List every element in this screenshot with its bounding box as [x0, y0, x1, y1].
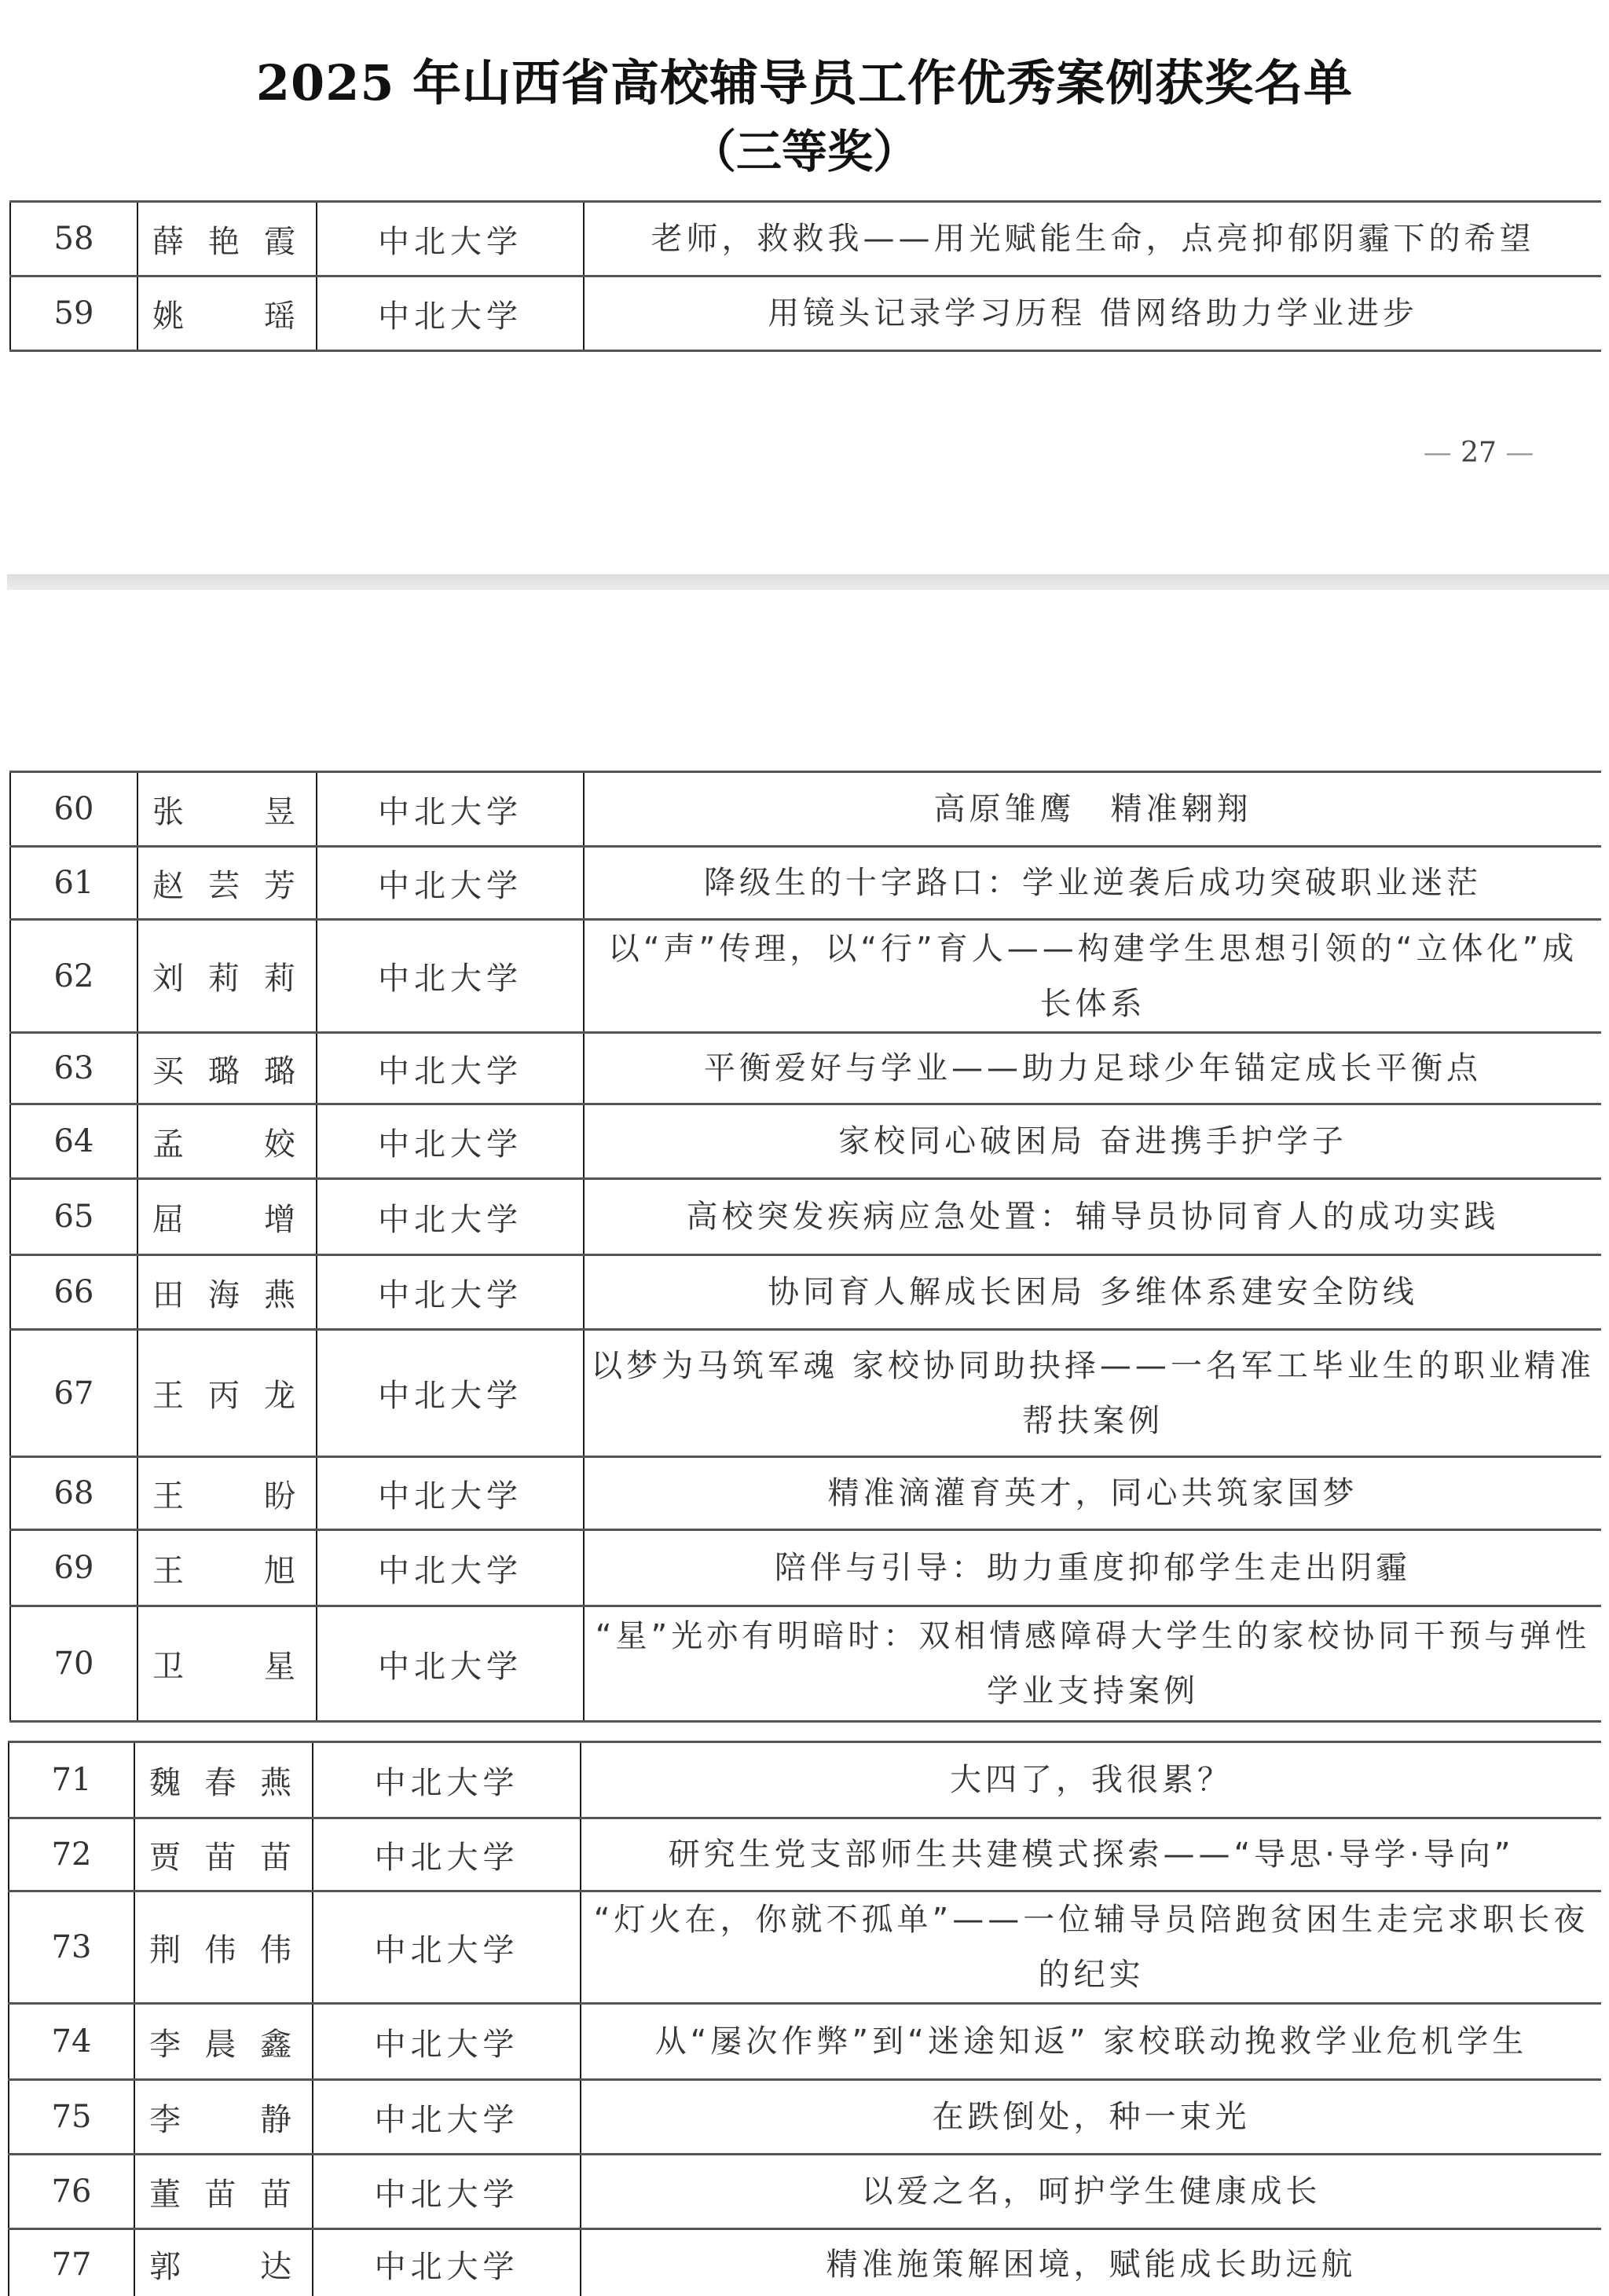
counselor-name: 田海燕: [137, 1255, 317, 1330]
name-character: 田: [152, 1270, 193, 1315]
counselor-name: 李晨鑫: [134, 2004, 313, 2080]
counselor-name: 买璐璐: [137, 1033, 317, 1104]
table-row: 74李晨鑫中北大学从“屡次作弊”到“迷途知返” 家校联动挽救学业危机学生: [9, 2004, 1601, 2080]
row-number: 75: [9, 2080, 134, 2155]
name-character: 增: [264, 1195, 305, 1240]
name-character: 买: [152, 1046, 193, 1091]
table-row: 62刘莉莉中北大学以“声”传理，以“行”育人——构建学生思想引领的“立体化”成长…: [10, 920, 1601, 1033]
table-row: 65屈增中北大学高校突发疾病应急处置：辅导员协同育人的成功实践: [10, 1179, 1601, 1255]
counselor-name: 屈增: [137, 1179, 317, 1255]
table-row: 69王旭中北大学陪伴与引导：助力重度抑郁学生走出阴霾: [10, 1530, 1601, 1606]
case-title: 用镜头记录学习历程 借网络助力学业进步: [584, 276, 1601, 351]
name-character: 张: [152, 787, 193, 832]
counselor-name: 薛艳霞: [137, 202, 317, 276]
row-number: 64: [10, 1104, 137, 1179]
row-number: 76: [9, 2155, 134, 2229]
name-character: 孟: [152, 1119, 193, 1164]
name-character: 贾: [149, 1833, 190, 1877]
counselor-name: 姚瑶: [137, 276, 317, 351]
counselor-name: 王丙龙: [137, 1330, 317, 1457]
case-title: “灯火在，你就不孤单”——一位辅导员陪跑贫困生走完求职长夜的纪实: [581, 1891, 1601, 2004]
awards-table-page-28b: 71魏春燕中北大学大四了，我很累？72贾苗苗中北大学研究生党支部师生共建模式探索…: [8, 1741, 1601, 2296]
name-character: 旭: [264, 1546, 305, 1591]
name-character: 瑶: [264, 291, 305, 336]
page-number-value: 27: [1461, 437, 1497, 469]
name-character: 昱: [264, 787, 305, 832]
counselor-name: 贾苗苗: [134, 1818, 313, 1891]
table-row: 66田海燕中北大学协同育人解成长困局 多维体系建安全防线: [10, 1255, 1601, 1330]
case-title: 研究生党支部师生共建模式探索——“导思·导学·导向”: [581, 1818, 1601, 1891]
university-name: 中北大学: [317, 1033, 584, 1104]
name-character: 龙: [264, 1371, 305, 1415]
counselor-name: 孟姣: [137, 1104, 317, 1179]
name-character: 燕: [264, 1270, 305, 1315]
table-row: 75李静中北大学在跌倒处，种一束光: [9, 2080, 1601, 2155]
name-character: 星: [264, 1642, 305, 1686]
counselor-name: 王盼: [137, 1457, 317, 1530]
award-level-subtitle: （三等奖）: [0, 124, 1609, 179]
name-character: 伟: [260, 1925, 301, 1970]
name-character: 刘: [152, 954, 193, 998]
counselor-name: 李静: [134, 2080, 313, 2155]
case-title: 陪伴与引导：助力重度抑郁学生走出阴霾: [584, 1530, 1601, 1606]
row-number: 66: [10, 1255, 137, 1330]
name-character: 莉: [264, 954, 305, 998]
awards-table-page-28a: 60张昱中北大学高原雏鹰 精准翱翔61赵芸芳中北大学降级生的十字路口：学业逆袭后…: [9, 771, 1601, 1723]
name-character: 达: [260, 2242, 301, 2287]
name-character: 李: [149, 2020, 190, 2064]
table-row: 73荆伟伟中北大学“灯火在，你就不孤单”——一位辅导员陪跑贫困生走完求职长夜的纪…: [9, 1891, 1601, 2004]
name-character: 鑫: [260, 2020, 301, 2064]
case-title: 降级生的十字路口：学业逆袭后成功突破职业迷茫: [584, 847, 1601, 920]
university-name: 中北大学: [317, 772, 584, 847]
counselor-name: 董苗苗: [134, 2155, 313, 2229]
name-character: 苗: [205, 1833, 246, 1877]
table-row: 68王盼中北大学精准滴灌育英才，同心共筑家国梦: [10, 1457, 1601, 1530]
name-character: 璐: [208, 1046, 249, 1091]
university-name: 中北大学: [313, 1891, 581, 2004]
page-number-dash-left: —: [1424, 437, 1452, 469]
name-character: 霞: [264, 217, 305, 262]
case-title: 大四了，我很累？: [581, 1742, 1601, 1818]
name-character: 魏: [149, 1758, 190, 1803]
name-character: 郭: [149, 2242, 190, 2287]
page-number-dash-right: —: [1505, 437, 1534, 469]
name-character: 屈: [152, 1195, 193, 1240]
table-row: 59姚瑶中北大学用镜头记录学习历程 借网络助力学业进步: [10, 276, 1601, 351]
university-name: 中北大学: [317, 1606, 584, 1722]
name-character: 卫: [152, 1642, 193, 1686]
university-name: 中北大学: [317, 1457, 584, 1530]
row-number: 61: [10, 847, 137, 920]
name-character: 姣: [264, 1119, 305, 1164]
page-separator: [7, 574, 1609, 590]
name-character: 静: [260, 2095, 301, 2140]
university-name: 中北大学: [313, 1742, 581, 1818]
table-row: 67王丙龙中北大学以梦为马筑军魂 家校协同助抉择——一名军工毕业生的职业精准帮扶…: [10, 1330, 1601, 1457]
name-character: 赵: [152, 861, 193, 906]
row-number: 72: [9, 1818, 134, 1891]
university-name: 中北大学: [313, 2004, 581, 2080]
page-number: — 27 —: [1412, 437, 1545, 469]
row-number: 65: [10, 1179, 137, 1255]
row-number: 58: [10, 202, 137, 276]
name-character: 海: [208, 1270, 249, 1315]
name-character: 薛: [152, 217, 193, 262]
case-title: 从“屡次作弊”到“迷途知返” 家校联动挽救学业危机学生: [581, 2004, 1601, 2080]
row-number: 60: [10, 772, 137, 847]
name-character: 姚: [152, 291, 193, 336]
table-row: 60张昱中北大学高原雏鹰 精准翱翔: [10, 772, 1601, 847]
name-character: 苗: [205, 2170, 246, 2214]
counselor-name: 卫星: [137, 1606, 317, 1722]
university-name: 中北大学: [313, 1818, 581, 1891]
name-character: 伟: [205, 1925, 246, 1970]
name-character: 艳: [208, 217, 249, 262]
table-row: 71魏春燕中北大学大四了，我很累？: [9, 1742, 1601, 1818]
name-character: 王: [152, 1371, 193, 1415]
table-row: 77郭达中北大学精准施策解困境，赋能成长助远航: [9, 2229, 1601, 2296]
row-number: 70: [10, 1606, 137, 1722]
case-title: 精准滴灌育英才，同心共筑家国梦: [584, 1457, 1601, 1530]
counselor-name: 王旭: [137, 1530, 317, 1606]
case-title: 高校突发疾病应急处置：辅导员协同育人的成功实践: [584, 1179, 1601, 1255]
table-row: 70卫星中北大学“星”光亦有明暗时：双相情感障碍大学生的家校协同干预与弹性学业支…: [10, 1606, 1601, 1722]
name-character: 芸: [208, 861, 249, 906]
counselor-name: 张昱: [137, 772, 317, 847]
university-name: 中北大学: [317, 920, 584, 1033]
name-character: 芳: [264, 861, 305, 906]
row-number: 74: [9, 2004, 134, 2080]
table-row: 64孟姣中北大学家校同心破困局 奋进携手护学子: [10, 1104, 1601, 1179]
case-title: 精准施策解困境，赋能成长助远航: [581, 2229, 1601, 2296]
name-character: 丙: [208, 1371, 249, 1415]
counselor-name: 郭达: [134, 2229, 313, 2296]
name-character: 荆: [149, 1925, 190, 1970]
university-name: 中北大学: [317, 1530, 584, 1606]
case-title: 以梦为马筑军魂 家校协同助抉择——一名军工毕业生的职业精准帮扶案例: [584, 1330, 1601, 1457]
university-name: 中北大学: [313, 2080, 581, 2155]
case-title: 以爱之名，呵护学生健康成长: [581, 2155, 1601, 2229]
name-character: 盼: [264, 1471, 305, 1516]
name-character: 苗: [260, 1833, 301, 1877]
row-number: 63: [10, 1033, 137, 1104]
counselor-name: 荆伟伟: [134, 1891, 313, 2004]
row-number: 73: [9, 1891, 134, 2004]
name-character: 王: [152, 1546, 193, 1591]
case-title: 老师，救救我——用光赋能生命，点亮抑郁阴霾下的希望: [584, 202, 1601, 276]
counselor-name: 刘莉莉: [137, 920, 317, 1033]
case-title: 在跌倒处，种一束光: [581, 2080, 1601, 2155]
counselor-name: 赵芸芳: [137, 847, 317, 920]
university-name: 中北大学: [317, 1330, 584, 1457]
university-name: 中北大学: [317, 1179, 584, 1255]
case-title: 协同育人解成长困局 多维体系建安全防线: [584, 1255, 1601, 1330]
university-name: 中北大学: [317, 1255, 584, 1330]
case-title: 家校同心破困局 奋进携手护学子: [584, 1104, 1601, 1179]
university-name: 中北大学: [313, 2155, 581, 2229]
counselor-name: 魏春燕: [134, 1742, 313, 1818]
case-title: 以“声”传理，以“行”育人——构建学生思想引领的“立体化”成长体系: [584, 920, 1601, 1033]
name-character: 莉: [208, 954, 249, 998]
row-number: 68: [10, 1457, 137, 1530]
row-number: 59: [10, 276, 137, 351]
row-number: 69: [10, 1530, 137, 1606]
name-character: 苗: [260, 2170, 301, 2214]
table-row: 58薛艳霞中北大学老师，救救我——用光赋能生命，点亮抑郁阴霾下的希望: [10, 202, 1601, 276]
case-title: 高原雏鹰 精准翱翔: [584, 772, 1601, 847]
name-character: 璐: [264, 1046, 305, 1091]
name-character: 董: [149, 2170, 190, 2214]
row-number: 71: [9, 1742, 134, 1818]
case-title: “星”光亦有明暗时：双相情感障碍大学生的家校协同干预与弹性学业支持案例: [584, 1606, 1601, 1722]
name-character: 王: [152, 1471, 193, 1516]
university-name: 中北大学: [317, 847, 584, 920]
table-row: 63买璐璐中北大学平衡爱好与学业——助力足球少年锚定成长平衡点: [10, 1033, 1601, 1104]
university-name: 中北大学: [317, 1104, 584, 1179]
table-row: 76董苗苗中北大学以爱之名，呵护学生健康成长: [9, 2155, 1601, 2229]
university-name: 中北大学: [317, 202, 584, 276]
row-number: 67: [10, 1330, 137, 1457]
name-character: 李: [149, 2095, 190, 2140]
name-character: 燕: [260, 1758, 301, 1803]
case-title: 平衡爱好与学业——助力足球少年锚定成长平衡点: [584, 1033, 1601, 1104]
name-character: 春: [205, 1758, 246, 1803]
university-name: 中北大学: [317, 276, 584, 351]
table-row: 61赵芸芳中北大学降级生的十字路口：学业逆袭后成功突破职业迷茫: [10, 847, 1601, 920]
awards-table-page-27: 58薛艳霞中北大学老师，救救我——用光赋能生命，点亮抑郁阴霾下的希望59姚瑶中北…: [9, 200, 1601, 352]
row-number: 77: [9, 2229, 134, 2296]
university-name: 中北大学: [313, 2229, 581, 2296]
document-title: 2025 年山西省高校辅导员工作优秀案例获奖名单: [0, 55, 1609, 112]
table-row: 72贾苗苗中北大学研究生党支部师生共建模式探索——“导思·导学·导向”: [9, 1818, 1601, 1891]
name-character: 晨: [205, 2020, 246, 2064]
row-number: 62: [10, 920, 137, 1033]
